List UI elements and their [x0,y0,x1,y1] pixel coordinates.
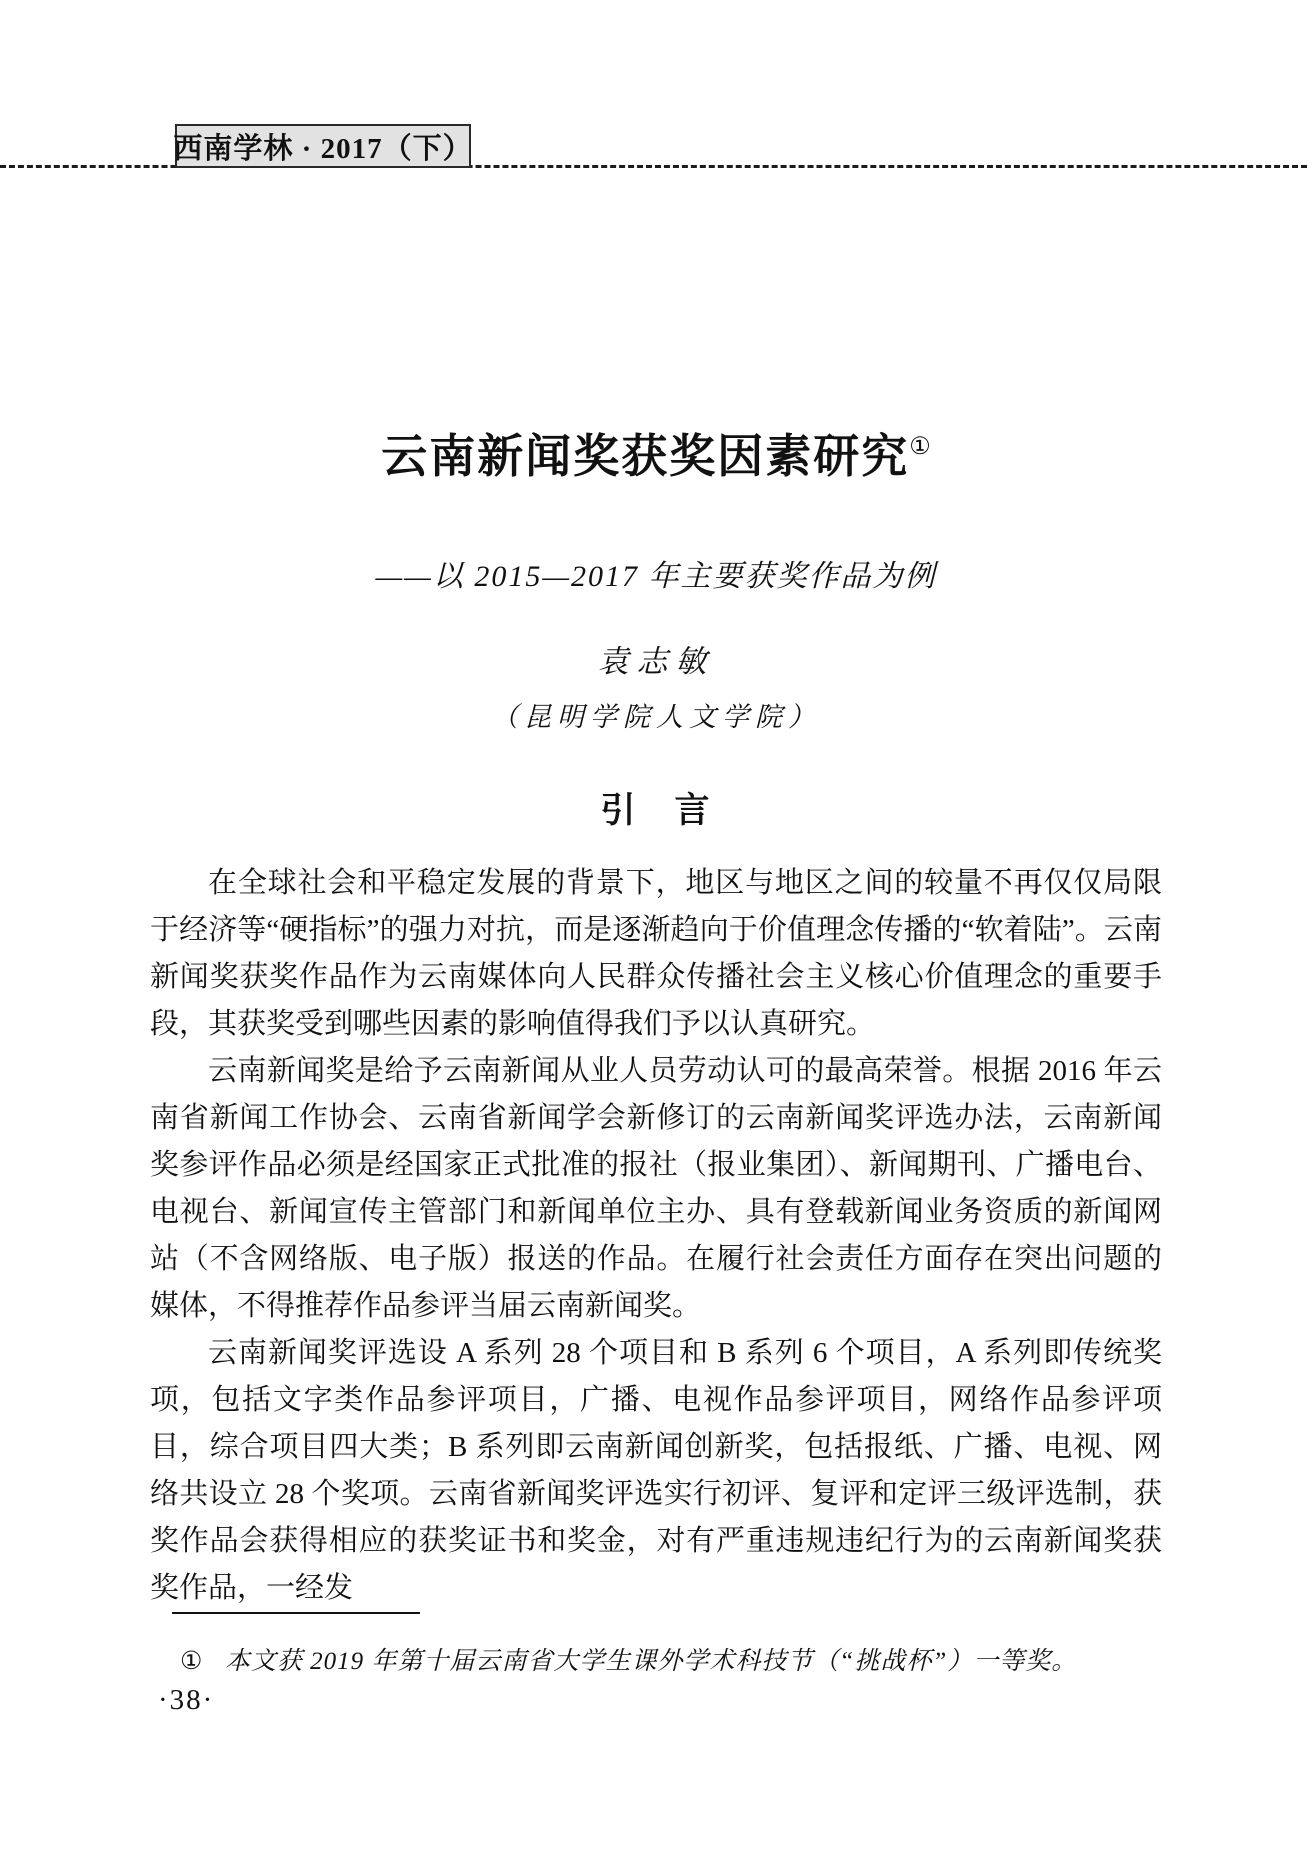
author-name: 袁志敏 [150,636,1162,681]
footnote-marker: ① [180,1648,202,1675]
page-number: ·38· [158,1684,214,1717]
section-heading-introduction: 引 言 [150,783,1162,833]
title-footnote-marker: ① [909,434,931,460]
article-subtitle: ——以 2015—2017 年主要获奖作品为例 [150,551,1162,595]
body-paragraph: 云南新闻奖评选设 A 系列 28 个项目和 B 系列 6 个项目，A 系列即传统… [150,1330,1162,1612]
article-body: 在全球社会和平稳定发展的背景下，地区与地区之间的较量不再仅仅局限于经济等“硬指标… [150,860,1162,1612]
journal-title: 西南学林 · 2017（下） [173,126,472,167]
footnote: ①本文获 2019 年第十届云南省大学生课外学术科技节（“挑战杯”）一等奖。 [150,1645,1162,1679]
article-title: 云南新闻奖获奖因素研究① [150,420,1162,486]
footnote-separator [172,1612,420,1614]
body-paragraph: 云南新闻奖是给予云南新闻从业人员劳动认可的最高荣誉。根据 2016 年云南省新闻… [150,1048,1162,1330]
article-title-text: 云南新闻奖获奖因素研究 [381,431,909,482]
author-affiliation: （昆明学院人文学院） [150,695,1162,734]
footnote-text: 本文获 2019 年第十届云南省大学生课外学术科技节（“挑战杯”）一等奖。 [225,1648,1077,1675]
document-page: 西南学林 · 2017（下） 云南新闻奖获奖因素研究① ——以 2015—201… [0,0,1307,1859]
journal-header-badge: 西南学林 · 2017（下） [175,124,471,168]
body-paragraph: 在全球社会和平稳定发展的背景下，地区与地区之间的较量不再仅仅局限于经济等“硬指标… [150,860,1162,1048]
